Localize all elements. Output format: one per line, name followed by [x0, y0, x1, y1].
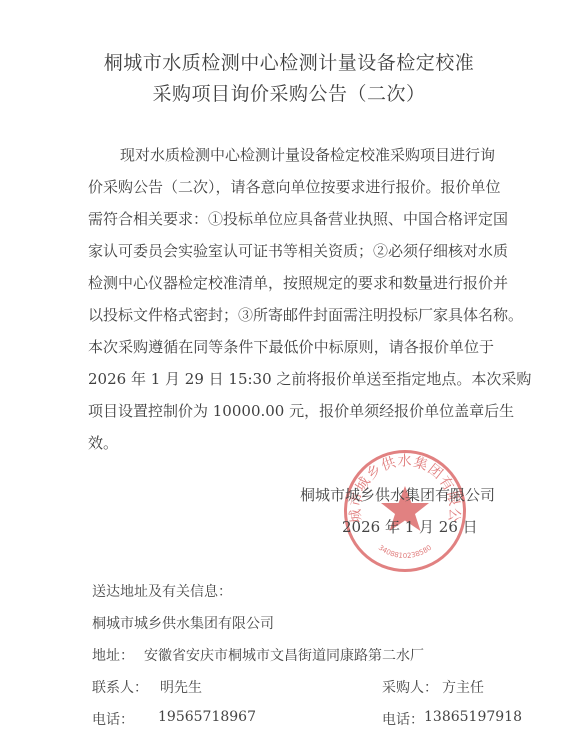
- svg-text:3408810238580: 3408810238580: [377, 544, 433, 560]
- body-line: 价采购公告（二次），请各意向单位按要求进行报价。报价单位: [88, 177, 494, 197]
- document-title-line-1: 桐城市水质检测中心检测计量设备检定校准: [0, 48, 578, 75]
- buyer-value: 方主任: [442, 677, 484, 697]
- buyer-phone-label: 电话：: [382, 709, 424, 729]
- address-label: 地址：: [92, 645, 134, 665]
- body-line: 项目设置控制价为 10000.00 元，报价单须经报价单位盖章后生: [88, 401, 494, 421]
- phone-value: 19565718967: [158, 709, 256, 725]
- document-title-line-2: 采购项目询价采购公告（二次）: [0, 79, 578, 106]
- body-line: 以投标文件格式密封；③所寄邮件封面需注明投标厂家具体名称。: [88, 305, 494, 325]
- phone-label: 电话：: [92, 709, 134, 729]
- seal-star-icon: 桐城市城乡供水集团有限公司 3408810238580: [344, 450, 466, 572]
- contact-label: 联系人：: [92, 677, 148, 697]
- body-line: 效。: [88, 433, 494, 453]
- body-line: 家认可委员会实验室认可证书等相关资质；②必须仔细核对水质: [88, 241, 494, 261]
- body-line: 需符合相关要求：①投标单位应具备营业执照、中国合格评定国: [88, 209, 494, 229]
- seal-code-text: 3408810238580: [377, 544, 433, 560]
- body-line: 检测中心仪器检定校准清单，按照规定的要求和数量进行报价并: [88, 273, 494, 293]
- address-value: 安徽省安庆市桐城市文昌街道同康路第二水厂: [144, 645, 424, 665]
- delivery-company: 桐城市城乡供水集团有限公司: [92, 613, 274, 633]
- body-line: 本次采购遵循在同等条件下最低价中标原则，请各报价单位于: [88, 337, 494, 357]
- buyer-phone-value: 13865197918: [424, 709, 522, 725]
- contact-value: 明先生: [160, 677, 202, 697]
- delivery-heading: 送达地址及有关信息：: [92, 581, 232, 601]
- official-seal-stamp: 桐城市城乡供水集团有限公司 3408810238580: [344, 450, 466, 572]
- body-line: 2026 年 1 月 29 日 15:30 之前将报价单送至指定地点。本次采购: [88, 369, 494, 389]
- signature-company: 桐城市城乡供水集团有限公司: [300, 484, 495, 505]
- buyer-label: 采购人：: [382, 677, 438, 697]
- signature-date: 2026 年 1 月 26 日: [342, 516, 478, 537]
- body-line: 现对水质检测中心检测计量设备检定校准采购项目进行询: [120, 145, 494, 165]
